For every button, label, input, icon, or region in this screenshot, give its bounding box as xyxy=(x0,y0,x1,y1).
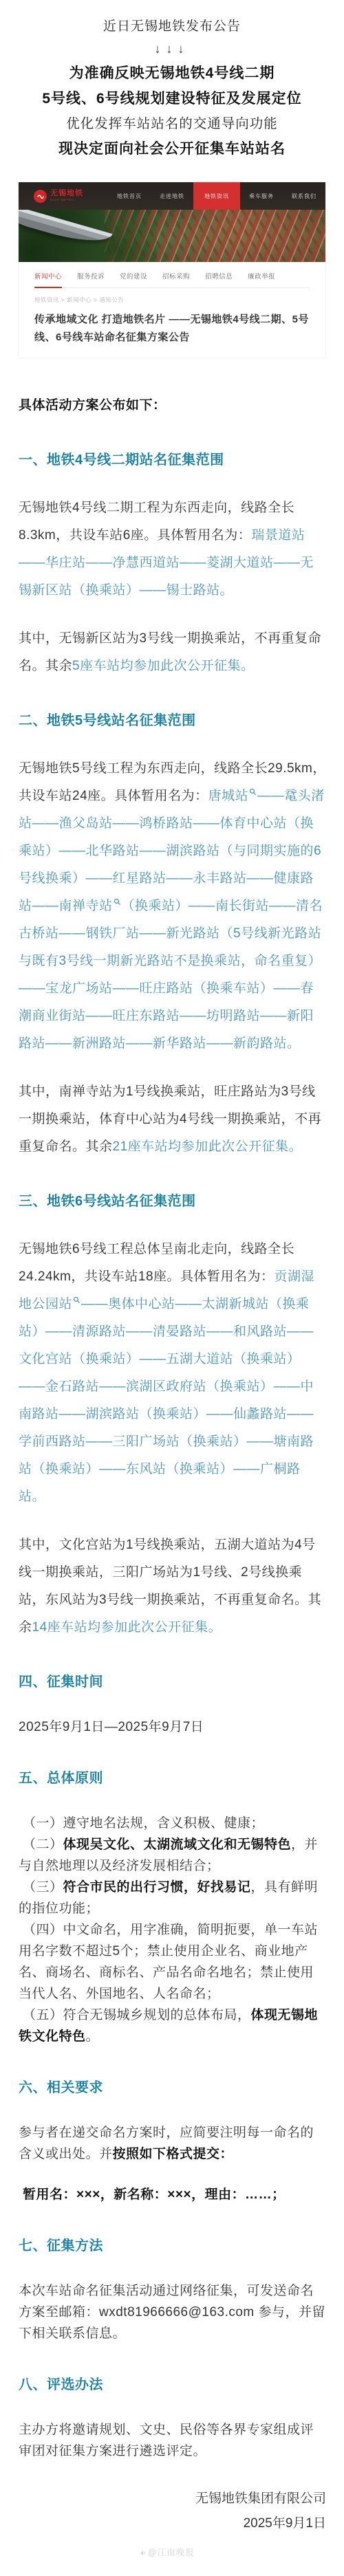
paragraph: （五）符合无锡城乡规划的总体布局，体现无锡地铁文化特色。 xyxy=(19,2005,326,2047)
weibo-post-image: 近日无锡地铁发布公告 ↓↓↓ 为准确反映无锡地铁4号线二期 5号线、6号线规划建… xyxy=(0,0,344,2576)
paragraph: （一）遵守地名法规，含义积极、健康； xyxy=(19,1813,326,1834)
text-segment: （二） xyxy=(23,1837,63,1852)
paragraph: 2025年9月1日—2025年9月7日 xyxy=(19,1716,326,1738)
wuxi-metro-logo: 无锡地铁 WUXI METRO xyxy=(19,182,83,210)
intro-line-6: 现决定面向社会公开征集车站站名 xyxy=(7,136,337,162)
paragraph: （四）中文命名，用字准确，简明扼要，单一车站用名字数不超过5个；禁止使用企业名、… xyxy=(19,1919,326,2005)
intro-line-1: 近日无锡地铁发布公告 xyxy=(7,17,337,37)
search-icon[interactable] xyxy=(114,898,121,906)
breadcrumb: 地铁资讯 > 新闻中心 > 通知公告 xyxy=(34,296,310,304)
section-heading: 八、评选办法 xyxy=(19,2373,326,2393)
text-segment: 2025年9月1日—2025年9月7日 xyxy=(19,1720,204,1734)
site-nav-bar: 无锡地铁 WUXI METRO 地铁首页走进地铁地铁资讯乘车服务联系我们 xyxy=(19,182,325,210)
site-tab: 招聘信息 xyxy=(205,271,233,281)
text-segment: （一）遵守地名法规，含义积极、健康； xyxy=(23,1816,264,1831)
paragraph: 本次车站命名征集活动通过网络征集，可发送命名方案至邮箱：wxdt81966666… xyxy=(19,2280,326,2344)
signature-line: 2025年9月1日 xyxy=(19,2511,326,2536)
nav-item-link: 走进地铁 xyxy=(151,182,193,210)
paragraph: （三）符合市民的出行习惯，好找易记，具有鲜明的指位功能； xyxy=(19,1877,326,1919)
paragraph: 其中，文化宫站为1号线换乘站，五湖大道站为4号线一期换乘站，三阳广场站为1号线、… xyxy=(19,1531,326,1641)
text-segment: 体现吴文化、太湖流域文化和无锡特色 xyxy=(63,1837,292,1852)
section-heading: 六、相关要求 xyxy=(19,2076,326,2096)
site-tabs: 新闻中心服务投诉党的建设招标采购招聘信息廉政举报 xyxy=(34,262,310,288)
text-segment: 4号线二期 xyxy=(206,65,275,81)
paragraph: 参与者在递交命名方案时，应简要注明每一命名的含义或出处。并按照如下格式提交： xyxy=(19,2122,326,2165)
paragraph: 主办方将邀请规划、文史、民俗等各界专家组成评审团对征集方案进行遴选评定。 xyxy=(19,2419,326,2462)
paragraph: 具体活动方案公布如下： xyxy=(19,392,326,419)
station-names-text: 21座车站均参加此次公开征集。 xyxy=(113,1139,303,1154)
site-tab: 招标采购 xyxy=(162,271,190,281)
search-icon[interactable] xyxy=(249,788,257,796)
text-segment: 主办方将邀请规划、文史、民俗等各界专家组成评审团对征集方案进行遴选评定。 xyxy=(19,2423,314,2458)
text-segment: 规划建设特征及发展定位 xyxy=(136,91,302,107)
announcement-title: 传承地域文化 打造地铁名片 ——无锡地铁4号线二期、5号线、6号线车站命名征集方… xyxy=(34,311,310,347)
watermark: @江南晚报 xyxy=(138,2546,195,2558)
site-tab: 党的建设 xyxy=(120,271,147,281)
article-body: @江南晚报 具体活动方案公布如下：一、地铁4号线二期站名征集范围无锡地铁4号线二… xyxy=(0,358,344,2576)
station-names-text: （换乘站）——南长街站——清名古桥站——钢铁厂站——新光路站（5号线新光路站与既… xyxy=(19,899,323,1051)
paragraph: 无锡地铁5号线工程为东西走向，线路全长29.5km，共设车站24座。具体暂用名为… xyxy=(19,755,326,1058)
text-segment: 无锡地铁6号线工程总体呈南北走向，线路全长24.24km，共设车站18座。具体暂… xyxy=(19,1242,294,1284)
text-segment: 按照如下格式提交： xyxy=(113,2147,234,2161)
paragraph: 无锡地铁6号线工程总体呈南北走向，线路全长24.24km，共设车站18座。具体暂… xyxy=(19,1236,326,1511)
site-tab: 服务投诉 xyxy=(77,271,105,281)
station-names-text: 唐城站 xyxy=(208,789,249,803)
intro-line-3: 为准确反映无锡地铁4号线二期 xyxy=(7,61,337,86)
station-names-text: ——鼋头渚站——渔父岛站——鸿桥路站——体育中心站（换乘站）——北华路站——湖滨… xyxy=(19,789,325,913)
logo-subtext: WUXI METRO xyxy=(50,199,83,202)
site-nav-items: 地铁首页走进地铁地铁资讯乘车服务联系我们 xyxy=(108,182,325,210)
station-names-text: 14座车站均参加此次公开征集。 xyxy=(32,1620,222,1635)
text-segment: 符合市民的出行习惯，好找易记 xyxy=(63,1880,251,1895)
section-heading: 二、地铁5号线站名征集范围 xyxy=(19,709,326,729)
site-tab: 新闻中心 xyxy=(34,271,62,281)
metro-logo-icon xyxy=(34,190,47,203)
text-segment: 暂用名：×××，新名称：×××，理由：……； xyxy=(23,2187,286,2202)
text-segment: 。 xyxy=(86,2029,100,2044)
paragraph: 无锡地铁4号线二期工程为东西走向，线路全长8.3km，共设车站6座。具体暂用名为… xyxy=(19,494,326,604)
paragraph: 其中，无锡新区站为3号线一期换乘站，不再重复命名。其余5座车站均参加此次公开征集… xyxy=(19,625,326,680)
station-names-text: 5座车站均参加此次公开征集。 xyxy=(72,659,255,673)
section-heading: 四、征集时间 xyxy=(19,1670,326,1690)
text-segment: （三） xyxy=(23,1880,63,1895)
logo-text-wrap: 无锡地铁 WUXI METRO xyxy=(50,190,83,202)
logo-text: 无锡地铁 xyxy=(50,190,83,197)
intro-line-5: 优化发挥车站站名的交通导向功能 xyxy=(7,111,337,136)
down-arrows: ↓↓↓ xyxy=(7,37,337,61)
metro-banner-photo xyxy=(19,210,325,262)
text-segment: （五）符合无锡城乡规划的总体布局， xyxy=(23,2008,251,2022)
text-segment: 面向社会公开征集车站站名 xyxy=(104,141,286,157)
paragraph: 其中，南禅寺站为1号线换乘站，旺庄路站为3号线一期换乘站，体育中心站为4号线一期… xyxy=(19,1078,326,1161)
text-segment: 5号线、6号线 xyxy=(42,91,135,107)
nav-item-link: 地铁首页 xyxy=(108,182,151,210)
site-content: 新闻中心服务投诉党的建设招标采购招聘信息廉政举报 地铁资讯 > 新闻中心 > 通… xyxy=(19,262,325,358)
text-segment: 为准确反映无锡地铁 xyxy=(69,65,206,81)
text-segment: 本次车站命名征集活动通过网络征集，可发送命名方案至邮箱：wxdt81966666… xyxy=(19,2284,325,2341)
site-tab: 廉政举报 xyxy=(248,271,275,281)
watermark-text: @江南晚报 xyxy=(148,2546,195,2558)
section-heading: 一、地铁4号线二期站名征集范围 xyxy=(19,448,326,468)
section-heading: 三、地铁6号线站名征集范围 xyxy=(19,1190,326,1210)
nav-item-active: 地铁资讯 xyxy=(193,182,240,210)
announcement-screenshot[interactable]: 无锡地铁 WUXI METRO 地铁首页走进地铁地铁资讯乘车服务联系我们 新闻中… xyxy=(19,182,325,358)
text-segment: 具体活动方案公布如下： xyxy=(19,398,166,413)
station-names-text: ——奥体中心站——太湖新城站（换乘站）——清源路站——清晏路站——和风路站——文… xyxy=(19,1297,314,1504)
paragraph: （二）体现吴文化、太湖流域文化和无锡特色，并与自然地理以及经济发展相结合； xyxy=(19,1834,326,1877)
section-heading: 五、总体原则 xyxy=(19,1767,326,1787)
text-segment: 现决定 xyxy=(58,141,104,157)
search-icon[interactable] xyxy=(73,1296,80,1304)
text-segment: （四）中文命名，用字准确，简明扼要，单一车站用名字数不超过5个；禁止使用企业名、… xyxy=(19,1923,318,2001)
paragraph: 暂用名：×××，新名称：×××，理由：……； xyxy=(19,2184,326,2205)
nav-item-link: 联系我们 xyxy=(283,182,325,210)
intro-line-4: 5号线、6号线规划建设特征及发展定位 xyxy=(7,86,337,111)
intro-block: 近日无锡地铁发布公告 ↓↓↓ 为准确反映无锡地铁4号线二期 5号线、6号线规划建… xyxy=(0,0,344,162)
nav-item-link: 乘车服务 xyxy=(240,182,283,210)
section-heading: 七、征集方法 xyxy=(19,2234,326,2254)
signature-line: 无锡地铁集团有限公司 xyxy=(19,2487,326,2511)
megaphone-icon xyxy=(138,2548,146,2556)
